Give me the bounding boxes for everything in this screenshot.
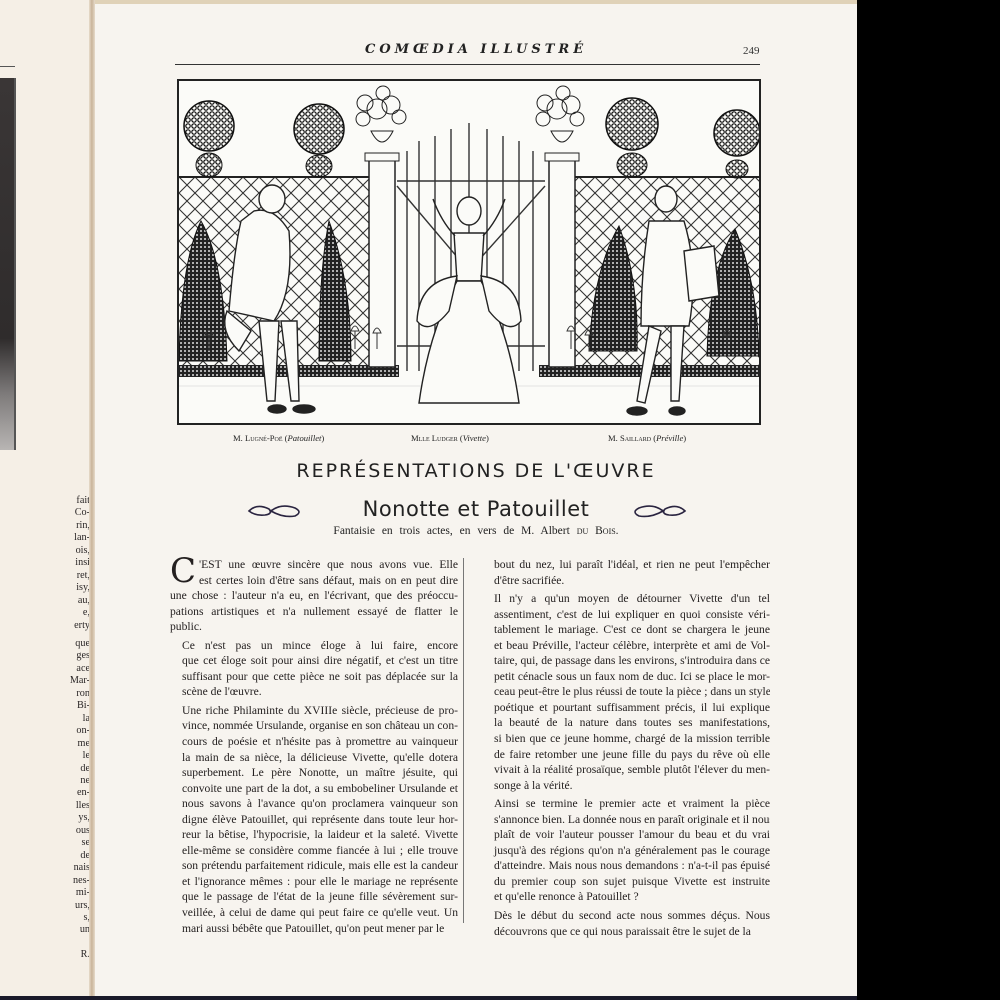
- paragraph: bout du nez, lui paraît l'idéal, et rien…: [482, 557, 770, 588]
- paragraph: C'EST une œuvre sincère que nous avons v…: [170, 557, 458, 635]
- margin-fragment: erty: [40, 620, 90, 632]
- margin-fragment: nais: [40, 862, 90, 874]
- text-line: superbement. Le père Nonotte, un maître …: [170, 765, 458, 781]
- text-line: la beauté de la nature dans toutes ses m…: [482, 715, 770, 731]
- caption-lugne-poe: M. Lugné-Poë (Patouillet): [233, 433, 324, 443]
- text-line: pations artistiques et n'a nullement ess…: [170, 604, 458, 620]
- margin-fragment: insi: [40, 557, 90, 569]
- text-line: 'EST une œuvre sincère que nous avons vu…: [199, 557, 458, 573]
- facing-page-text-fragments: faitCo-rin,lan-ois,insiret,isy,au,e,erty…: [40, 495, 90, 961]
- text-line: public.: [170, 619, 458, 635]
- text-line: plaît de voir l'auteur pousser l'amour d…: [482, 827, 770, 843]
- margin-fragment: isy,: [40, 582, 90, 594]
- scan-bottom-edge: [0, 996, 857, 1000]
- ornament-right-icon: [629, 502, 687, 520]
- text-line: que le passage de l'état de la jeune fil…: [170, 889, 458, 905]
- paragraph: Dès le début du second acte nous sommes …: [482, 908, 770, 939]
- text-line: de faire retomber une jeune fille du pay…: [482, 747, 770, 763]
- margin-fragment: ace: [40, 663, 90, 675]
- text-line: jusqu'à des régions qu'on n'a généraleme…: [482, 843, 770, 859]
- margin-fragment: rin,: [40, 520, 90, 532]
- text-line: découvrons que ce qui nous paraissait êt…: [482, 924, 770, 940]
- topiary-trees: [184, 98, 759, 178]
- text-line: et l'ignorance mêmes : pour elle le mari…: [170, 874, 458, 890]
- margin-fragment: le: [40, 750, 90, 762]
- paragraph: Ce n'est pas un mince éloge à lui faire,…: [170, 638, 458, 700]
- margin-fragment: on-: [40, 725, 90, 737]
- text-line: Il n'y a qu'un moyen de détourner Vivett…: [482, 591, 770, 607]
- article-column-2: bout du nez, lui paraît l'idéal, et rien…: [482, 557, 770, 942]
- text-line: vince, nommée Ursulande, organise en son…: [170, 718, 458, 734]
- paragraph: Ainsi se termine le premier acte et vrai…: [482, 796, 770, 905]
- section-title: REPRÉSENTATIONS DE L'ŒUVRE: [95, 460, 857, 482]
- article-column-1: C'EST une œuvre sincère que nous avons v…: [170, 557, 458, 939]
- text-line: Une riche Philaminte du XVIIIe siècle, p…: [170, 703, 458, 719]
- margin-fragment: ron: [40, 688, 90, 700]
- text-line: digne élève Patouillet, qui représente d…: [170, 812, 458, 828]
- text-line: que cet éloge soit pour ainsi dire négat…: [170, 653, 458, 669]
- text-line: convoite une part de la dot, a su embobe…: [170, 781, 458, 797]
- text-line: est certes loin d'être sans défaut, mais…: [199, 573, 458, 589]
- text-line: scène de l'œuvre.: [170, 684, 458, 700]
- text-line: la main de sa nièce, la délicieuse Vivet…: [170, 750, 458, 766]
- margin-fragment: ges: [40, 650, 90, 662]
- page-number: 249: [743, 45, 760, 57]
- margin-fragment: lan-: [40, 532, 90, 544]
- text-line: d'être sacrifiée.: [482, 573, 770, 589]
- margin-fragment: Co-: [40, 507, 90, 519]
- text-line: du premier coup son sujet puisque Vivett…: [482, 874, 770, 890]
- margin-fragment: ret,: [40, 570, 90, 582]
- facing-page-left: faitCo-rin,lan-ois,insiret,isy,au,e,erty…: [0, 0, 92, 1000]
- text-line: et qu'elle renonce à Patouillet ?: [482, 889, 770, 905]
- facing-page-rule: [0, 66, 15, 67]
- page-top-edge: [95, 0, 857, 4]
- margin-fragment: nes-: [40, 875, 90, 887]
- text-line: cours de poésie et n'hésite pas à promet…: [170, 734, 458, 750]
- caption-ludger: Mlle Ludger (Vivette): [411, 433, 489, 443]
- column-divider: [463, 558, 464, 923]
- text-line: taire, qui, de passage dans les environs…: [482, 653, 770, 669]
- margin-fragment: de: [40, 850, 90, 862]
- text-line: reur la bêtise, l'hypocrisie, la laideur…: [170, 827, 458, 843]
- margin-fragment: un: [40, 924, 90, 936]
- margin-fragment: se: [40, 837, 90, 849]
- scan-background: [857, 0, 1000, 1000]
- text-line: bout du nez, lui paraît l'idéal, et rien…: [482, 557, 770, 573]
- text-line: et beau Préville, l'acteur célèbre, inte…: [482, 638, 770, 654]
- margin-fragment: au,: [40, 595, 90, 607]
- caption-saillard: M. Saillard (Préville): [608, 433, 686, 443]
- text-line: tablement le mariage. C'est ce dont se c…: [482, 622, 770, 638]
- margin-fragment: mi-: [40, 887, 90, 899]
- margin-fragment: Bi-: [40, 700, 90, 712]
- text-line: Ce n'est pas un mince éloge à lui faire,…: [170, 638, 458, 654]
- play-subtitle: Fantaisie en trois actes, en vers de M. …: [95, 525, 857, 537]
- drop-cap: C: [170, 557, 196, 585]
- margin-fragment: urs,: [40, 900, 90, 912]
- margin-fragment: me: [40, 738, 90, 750]
- margin-fragment: Mar-: [40, 675, 90, 687]
- text-line: si bien que ce jeune homme, chargé de la…: [482, 731, 770, 747]
- margin-fragment: s,: [40, 912, 90, 924]
- margin-fragment: ous: [40, 825, 90, 837]
- margin-fragment: ois,: [40, 545, 90, 557]
- text-line: nous savons à l'avance qu'on proclamera …: [170, 796, 458, 812]
- margin-fragment: e,: [40, 607, 90, 619]
- garden-scene-drawing: [179, 81, 759, 423]
- paragraph: Il n'y a qu'un moyen de détourner Vivett…: [482, 591, 770, 793]
- margin-fragment: que: [40, 638, 90, 650]
- text-line: veillée, à celui de dame qui peut faire …: [170, 905, 458, 921]
- margin-fragment: R.: [40, 949, 90, 961]
- margin-fragment: la: [40, 713, 90, 725]
- magazine-page: COMŒDIA ILLUSTRÉ 249: [95, 0, 857, 1000]
- margin-fragment: de: [40, 763, 90, 775]
- text-line: vivait à la réalité prosaïque, semble pl…: [482, 762, 770, 778]
- text-line: son prétendu parfaitement ridicule, mais…: [170, 858, 458, 874]
- text-line: suffisant pour que cette pièce ne soit p…: [170, 669, 458, 685]
- text-line: poétique et pourtant suffisamment précis…: [482, 700, 770, 716]
- paragraph: Une riche Philaminte du XVIIIe siècle, p…: [170, 703, 458, 936]
- text-line: une chose : l'auteur n'a eu, en l'écriva…: [170, 588, 458, 604]
- margin-fragment: fait: [40, 495, 90, 507]
- margin-fragment: ne: [40, 775, 90, 787]
- header-rule: [175, 64, 760, 65]
- margin-fragment: lles: [40, 800, 90, 812]
- text-line: Dès le début du second acte nous sommes …: [482, 908, 770, 924]
- text-line: petit cénacle sous un faux nom de duc. I…: [482, 669, 770, 685]
- text-line: elle-même se considère comme fiancée à l…: [170, 843, 458, 859]
- margin-fragment: en-: [40, 787, 90, 799]
- text-line: ceau peut-être le plus réussi de toute l…: [482, 684, 770, 700]
- garden-illustration: [177, 79, 761, 425]
- text-line: mari aussi bébête que Patouillet, qu'on …: [170, 921, 458, 937]
- running-head: COMŒDIA ILLUSTRÉ: [365, 42, 587, 57]
- text-line: d'atteindre. Mais nous nous demandons : …: [482, 858, 770, 874]
- facing-page-photo-edge: [0, 78, 16, 450]
- text-line: Ainsi se termine le premier acte et vrai…: [482, 796, 770, 812]
- text-line: assentiment, c'est de lui expliquer en q…: [482, 607, 770, 623]
- text-line: songe à la vérité.: [482, 778, 770, 794]
- margin-fragment: ys,: [40, 812, 90, 824]
- text-line: s'annonce bien. La donnée nous en paraît…: [482, 812, 770, 828]
- play-title: Nonotte et Patouillet: [95, 497, 857, 521]
